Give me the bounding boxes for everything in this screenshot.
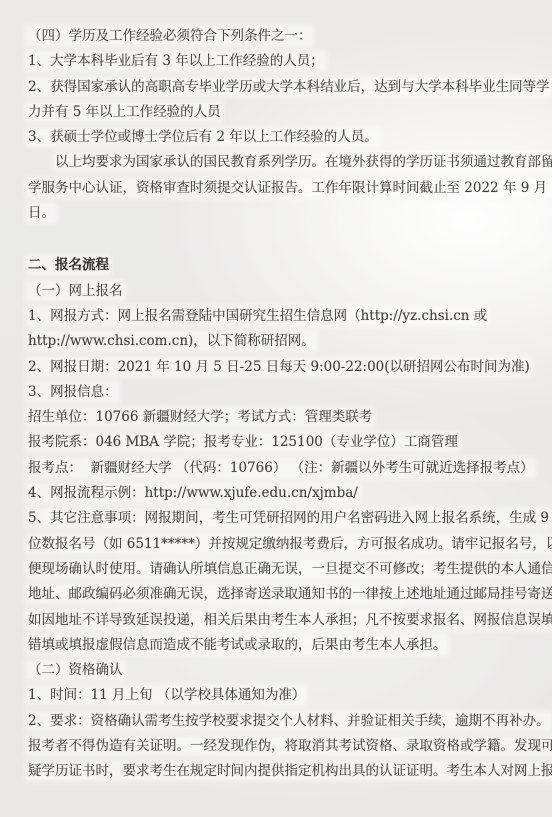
text-line-content: 1、网报方式：网上报名需登陆中国研究生招生信息网（http://yz.chsi.… [28, 308, 487, 324]
text-line: 1、时间：11 月上旬 （以学校具体通知为准） [28, 683, 530, 708]
text-line-content: 力并有 5 年以上工作经验的人员 [28, 104, 221, 120]
text-line: 错填或填报虚假信息而造成不能考试或录取的，后果由考生本人承担。 [28, 633, 530, 658]
text-line-content: 2、网报日期：2021 年 10 月 5 日-25 日每天 9:00-22:00… [28, 359, 530, 375]
text-line-content: 如因地址不详导致延误投递，相关后果由考生本人承担；凡不按要求报名、网报信息误填、 [28, 612, 552, 628]
text-line-content: 位数报名号（如 6511*****）并按规定缴纳报考费后，方可报名成功。请牢记报… [28, 536, 552, 552]
text-line-content: 学服务中心认证，资格审查时须提交认证报告。工作年限计算时间截止至 2022 年 … [28, 180, 552, 196]
document-page: （四）学历及工作经验必须符合下列条件之一：1、大学本科毕业后有 3 年以上工作经… [0, 0, 552, 817]
text-line-content: 日。 [28, 205, 55, 221]
text-line: 疑学历证书时，要求考生在规定时间内提供指定机构出具的认证证明。考生本人对网上报 [28, 759, 530, 784]
text-line-content: 便现场确认时使用。请确认所填信息正确无误，一旦提交不可修改；考生提供的本人通信 [28, 561, 552, 577]
text-line: 2、要求：资格确认需考生按学校要求提交个人材料、并验证相关手续，逾期不再补办。 [28, 709, 530, 734]
text-line: 报考院系：046 MBA 学院；报考专业：125100（专业学位）工商管理 [28, 430, 530, 455]
text-line-content: 2、获得国家承认的高职高专毕业学历或大学本科结业后，达到与大学本科毕业生同等学 [28, 79, 550, 95]
text-line: 学服务中心认证，资格审查时须提交认证报告。工作年限计算时间截止至 2022 年 … [28, 176, 530, 201]
text-line-content: 4、网报流程示例：http://www.xjufe.edu.cn/xjmba/ [28, 485, 358, 501]
text-line: 2、网报日期：2021 年 10 月 5 日-25 日每天 9:00-22:00… [28, 355, 530, 380]
text-line-content: 地址、邮政编码必须准确无误，选择寄送录取通知书的一律按上述地址通过邮局挂号寄送。 [28, 586, 552, 602]
text-line-content: 1、大学本科毕业后有 3 年以上工作经验的人员； [28, 53, 324, 69]
text-line-content: （一）网上报名 [28, 283, 123, 299]
text-line: 报考点： 新疆财经大学 （代码：10766） （注：新疆以外考生可就近选择报考点… [28, 456, 530, 481]
text-line: （一）网上报名 [28, 279, 530, 304]
text-line-content: 报考院系：046 MBA 学院；报考专业：125100（专业学位）工商管理 [28, 434, 458, 450]
text-line-content: 二、报名流程 [28, 257, 109, 273]
text-line-content: 5、其它注意事项：网报期间，考生可凭研招网的用户名密码进入网上报名系统，生成 9 [28, 510, 549, 526]
text-line-content: 2、要求：资格确认需考生按学校要求提交个人材料、并验证相关手续，逾期不再补办。 [28, 713, 550, 729]
document-body: （四）学历及工作经验必须符合下列条件之一：1、大学本科毕业后有 3 年以上工作经… [28, 24, 530, 785]
text-line: 1、网报方式：网上报名需登陆中国研究生招生信息网（http://yz.chsi.… [28, 304, 530, 329]
text-line: 招生单位：10766 新疆财经大学；考试方式：管理类联考 [28, 405, 530, 430]
text-line: 如因地址不详导致延误投递，相关后果由考生本人承担；凡不按要求报名、网报信息误填、 [28, 608, 530, 633]
text-line-content: 1、时间：11 月上旬 （以学校具体通知为准） [28, 687, 305, 703]
text-line-content: 招生单位：10766 新疆财经大学；考试方式：管理类联考 [28, 409, 372, 425]
text-line: 2、获得国家承认的高职高专毕业学历或大学本科结业后，达到与大学本科毕业生同等学 [28, 75, 530, 100]
text-line: （四）学历及工作经验必须符合下列条件之一： [28, 24, 530, 49]
text-line-content: 报考者不得伪造有关证明。一经发现作伪，将取消其考试资格、录取资格或学籍。发现可 [28, 738, 552, 754]
text-line: 1、大学本科毕业后有 3 年以上工作经验的人员； [28, 49, 530, 74]
text-line: 3、网报信息： [28, 380, 530, 405]
text-line: 地址、邮政编码必须准确无误，选择寄送录取通知书的一律按上述地址通过邮局挂号寄送。 [28, 582, 530, 607]
text-line: 以上均要求为国家承认的国民教育系列学历。在境外获得的学历证书须通过教育部留 [28, 150, 530, 175]
text-line-content: 3、网报信息： [28, 384, 118, 400]
text-line: （二）资格确认 [28, 658, 530, 683]
text-line: 4、网报流程示例：http://www.xjufe.edu.cn/xjmba/ [28, 481, 530, 506]
text-line-content: （四）学历及工作经验必须符合下列条件之一： [28, 28, 312, 44]
text-line: 报考者不得伪造有关证明。一经发现作伪，将取消其考试资格、录取资格或学籍。发现可 [28, 734, 530, 759]
text-line-content: 以上均要求为国家承认的国民教育系列学历。在境外获得的学历证书须通过教育部留 [55, 154, 552, 170]
text-line-content: 3、获硕士学位或博士学位后有 2 年以上工作经验的人员。 [28, 129, 378, 145]
text-line: 力并有 5 年以上工作经验的人员 [28, 100, 530, 125]
text-line-content: 错填或填报虚假信息而造成不能考试或录取的，后果由考生本人承担。 [28, 637, 447, 653]
text-line: 便现场确认时使用。请确认所填信息正确无误，一旦提交不可修改；考生提供的本人通信 [28, 557, 530, 582]
text-line: 二、报名流程 [28, 253, 530, 278]
text-line: http://www.chsi.com.cn)，以下简称研招网。 [28, 329, 530, 354]
text-line: 位数报名号（如 6511*****）并按规定缴纳报考费后，方可报名成功。请牢记报… [28, 532, 530, 557]
text-line: 5、其它注意事项：网报期间，考生可凭研招网的用户名密码进入网上报名系统，生成 9 [28, 506, 530, 531]
text-line: 3、获硕士学位或博士学位后有 2 年以上工作经验的人员。 [28, 125, 530, 150]
text-line: 日。 [28, 201, 530, 226]
text-line-content: 报考点： 新疆财经大学 （代码：10766） （注：新疆以外考生可就近选择报考点… [28, 460, 534, 476]
text-line-content: 疑学历证书时，要求考生在规定时间内提供指定机构出具的认证证明。考生本人对网上报 [28, 763, 552, 779]
text-line-content: http://www.chsi.com.cn)，以下简称研招网。 [28, 333, 315, 349]
text-line-content: （二）资格确认 [28, 662, 123, 678]
